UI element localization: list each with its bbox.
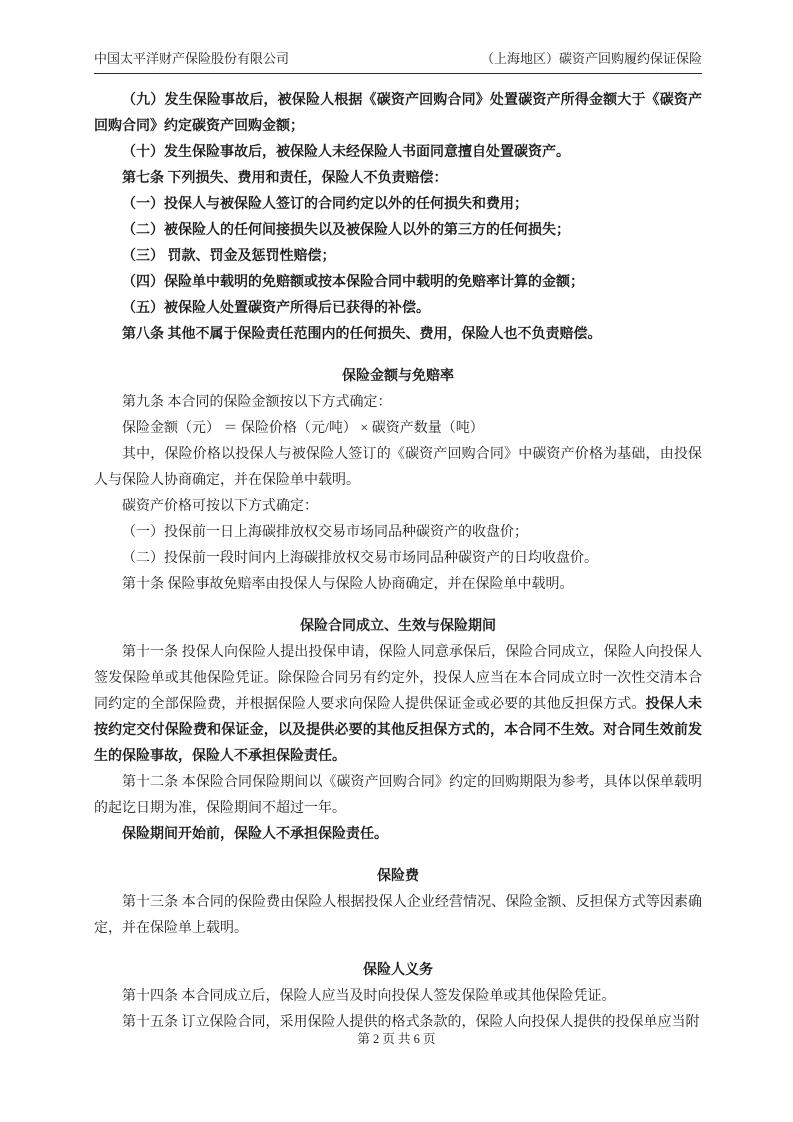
paragraph: （十）发生保险事故后，被保险人未经保险人书面同意擅自处置碳资产。	[94, 140, 702, 166]
page-footer: 第 2 页 共 6 页	[0, 1030, 793, 1048]
paragraph: 其中，保险价格以投保人与被保险人签订的《碳资产回购合同》中碳资产价格为基础，由投…	[94, 442, 702, 494]
text-run: 第十四条 本合同成立后，保险人应当及时向投保人签发保险单或其他保险凭证。	[122, 989, 616, 1004]
document-body: （九）发生保险事故后，被保险人根据《碳资产回购合同》处置碳资产所得金额大于《碳资…	[94, 88, 702, 1036]
bold-text-run: 保险期间开始前，保险人不承担保险责任。	[122, 827, 388, 842]
paragraph: 第十三条 本合同的保险费由保险人根据投保人企业经营情况、保险金额、反担保方式等因…	[94, 890, 702, 942]
bold-text-run: （九）发生保险事故后，被保险人根据《碳资产回购合同》处置碳资产所得金额大于《碳资…	[94, 93, 702, 134]
bold-text-run: （五）被保险人处置碳资产所得后已获得的补偿。	[122, 301, 430, 316]
section-heading: 保险金额与免赔率	[94, 364, 702, 390]
paragraph: 第七条 下列损失、费用和责任，保险人不负责赔偿：	[94, 166, 702, 192]
paragraph: 第九条 本合同的保险金额按以下方式确定：	[94, 390, 702, 416]
text-run: （二）投保前一段时间内上海碳排放权交易市场同品种碳资产的日均收盘价。	[122, 551, 598, 566]
section-heading: 保险人义务	[94, 958, 702, 984]
paragraph: 碳资产价格可按以下方式确定：	[94, 494, 702, 520]
paragraph: 保险金额（元） ＝ 保险价格（元/吨） × 碳资产数量（吨）	[94, 416, 702, 442]
header-company-name: 中国太平洋财产保险股份有限公司	[94, 50, 289, 68]
paragraph: （二）投保前一段时间内上海碳排放权交易市场同品种碳资产的日均收盘价。	[94, 546, 702, 572]
text-run: 第十三条 本合同的保险费由保险人根据投保人企业经营情况、保险金额、反担保方式等因…	[94, 895, 702, 936]
paragraph: （五）被保险人处置碳资产所得后已获得的补偿。	[94, 296, 702, 322]
page-number: 第 2 页 共 6 页	[357, 1032, 435, 1046]
section-heading: 保险费	[94, 864, 702, 890]
text-run: 保险金额（元） ＝ 保险价格（元/吨） × 碳资产数量（吨）	[122, 421, 484, 436]
text-run: 其中，保险价格以投保人与被保险人签订的《碳资产回购合同》中碳资产价格为基础，由投…	[94, 447, 702, 488]
bold-text-run: （三） 罚款、罚金及惩罚性赔偿；	[122, 249, 336, 264]
bold-text-run: （十）发生保险事故后，被保险人未经保险人书面同意擅自处置碳资产。	[122, 145, 570, 160]
bold-text-run: （二）被保险人的任何间接损失以及被保险人以外的第三方的任何损失；	[122, 223, 570, 238]
text-run: 第十一条 投保人向保险人提出投保申请，保险人同意承保后，保险合同成立，保险人向投…	[94, 645, 702, 712]
bold-text-run: 第七条 下列损失、费用和责任，保险人不负责赔偿：	[122, 171, 448, 186]
bold-text-run: （四）保险单中载明的免赔额或按本保险合同中载明的免赔率计算的金额；	[122, 275, 584, 290]
bold-text-run: 第八条 其他不属于保险责任范围内的任何损失、费用，保险人也不负责赔偿。	[122, 327, 602, 342]
paragraph: （一）投保人与被保险人签订的合同约定以外的任何损失和费用；	[94, 192, 702, 218]
paragraph: （四）保险单中载明的免赔额或按本保险合同中载明的免赔率计算的金额；	[94, 270, 702, 296]
text-run: 碳资产价格可按以下方式确定：	[122, 499, 318, 514]
paragraph: 保险期间开始前，保险人不承担保险责任。	[94, 822, 702, 848]
text-run: 第十二条 本保险合同保险期间以《碳资产回购合同》约定的回购期限为参考，具体以保单…	[94, 775, 702, 816]
bold-text-run: （一）投保人与被保险人签订的合同约定以外的任何损失和费用；	[122, 197, 528, 212]
text-run: 第十五条 订立保险合同，采用保险人提供的格式条款的，保险人向投保人提供的投保单应…	[122, 1015, 700, 1030]
paragraph: 第十一条 投保人向保险人提出投保申请，保险人同意承保后，保险合同成立，保险人向投…	[94, 640, 702, 770]
paragraph: （二）被保险人的任何间接损失以及被保险人以外的第三方的任何损失；	[94, 218, 702, 244]
paragraph: （三） 罚款、罚金及惩罚性赔偿；	[94, 244, 702, 270]
text-run: 第十条 保险事故免赔率由投保人与保险人协商确定，并在保险单中载明。	[122, 577, 574, 592]
text-run: （一）投保前一日上海碳排放权交易市场同品种碳资产的收盘价；	[122, 525, 528, 540]
page-header: 中国太平洋财产保险股份有限公司 （上海地区）碳资产回购履约保证保险	[94, 50, 702, 74]
paragraph: 第八条 其他不属于保险责任范围内的任何损失、费用，保险人也不负责赔偿。	[94, 322, 702, 348]
header-product-name: （上海地区）碳资产回购履约保证保险	[481, 50, 702, 68]
paragraph: （九）发生保险事故后，被保险人根据《碳资产回购合同》处置碳资产所得金额大于《碳资…	[94, 88, 702, 140]
paragraph: 第十四条 本合同成立后，保险人应当及时向投保人签发保险单或其他保险凭证。	[94, 984, 702, 1010]
text-run: 第九条 本合同的保险金额按以下方式确定：	[122, 395, 392, 410]
paragraph: 第十条 保险事故免赔率由投保人与保险人协商确定，并在保险单中载明。	[94, 572, 702, 598]
paragraph: （一）投保前一日上海碳排放权交易市场同品种碳资产的收盘价；	[94, 520, 702, 546]
paragraph: 第十二条 本保险合同保险期间以《碳资产回购合同》约定的回购期限为参考，具体以保单…	[94, 770, 702, 822]
section-heading: 保险合同成立、生效与保险期间	[94, 614, 702, 640]
document-page: 中国太平洋财产保险股份有限公司 （上海地区）碳资产回购履约保证保险 （九）发生保…	[0, 0, 793, 1122]
